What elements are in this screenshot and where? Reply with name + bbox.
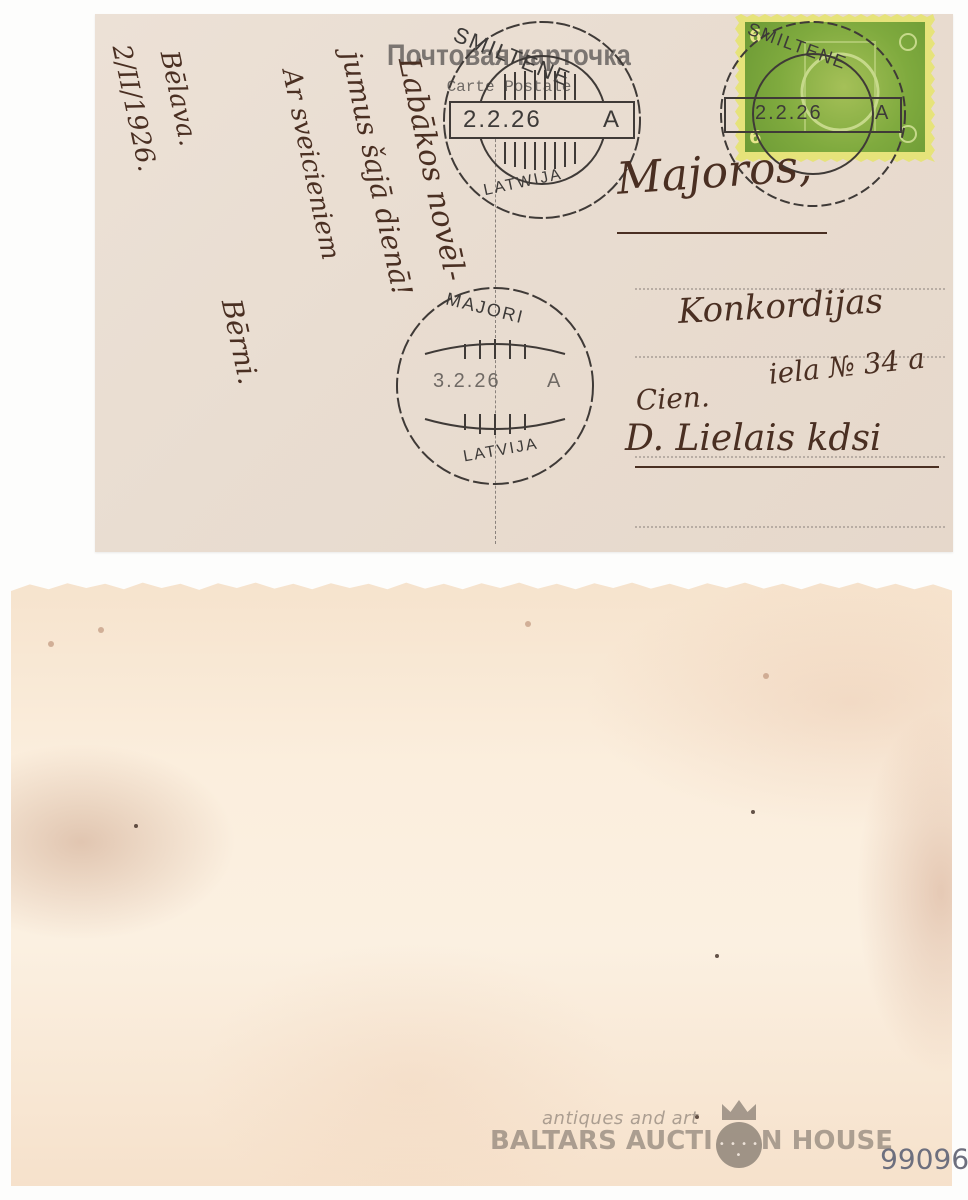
address-underline: [617, 232, 827, 234]
watermark-brand: BALTARS AUCTIN HOUSE: [490, 1126, 893, 1156]
postcard-back: [11, 582, 952, 1186]
address-underline: [635, 466, 939, 468]
watermark-brand-part2: N HOUSE: [761, 1126, 893, 1156]
watermark-brand-part1: BALTARS AUCTI: [490, 1126, 713, 1156]
address-line-5: D. Lielais kdsi: [625, 418, 881, 459]
pencil-inventory-mark: 96066: [880, 1142, 968, 1175]
watermark-dots: • • • • •: [718, 1139, 760, 1161]
age-spots: [11, 582, 952, 1186]
postmark-code: A: [875, 102, 890, 125]
auction-house-watermark: antiques and art BALTARS AUCTIN HOUSE • …: [490, 1108, 910, 1168]
address-line-4: Cien.: [635, 380, 711, 417]
postcard-front: Почтовая карточка Carte Postale 6 6: [95, 14, 953, 552]
postmark-code: A: [547, 370, 562, 393]
postmark-date: 2.2.26: [755, 102, 823, 125]
postmark-date: 3.2.26: [433, 370, 501, 393]
postmark-code: A: [603, 106, 621, 134]
postmark-date: 2.2.26: [463, 106, 542, 134]
postmarks: [95, 14, 953, 552]
